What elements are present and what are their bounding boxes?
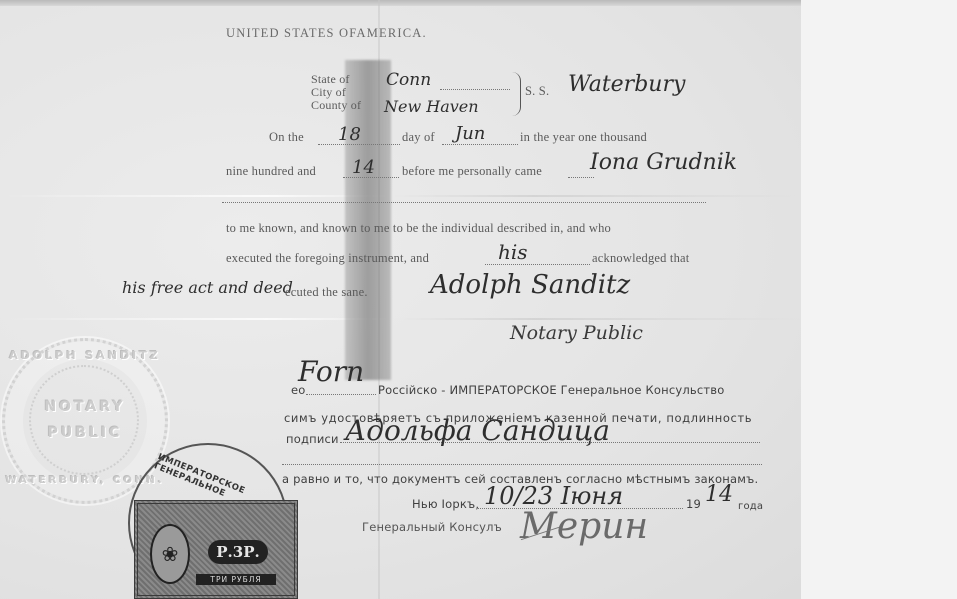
blank-dotted-line	[222, 202, 706, 203]
acknowledged-text: acknowledged that	[592, 251, 689, 266]
stamp-caption: ТРИ РУБЛЯ	[196, 574, 276, 585]
state-value: Conn	[386, 70, 431, 90]
year-value: 14	[352, 157, 375, 178]
paper-top-edge	[0, 0, 801, 6]
person-name: Iona Grudnik	[590, 150, 737, 175]
seal-top-text: ADOLPH SANDITZ	[5, 349, 165, 362]
city-label-ru: Нью Іоркъ,	[412, 497, 479, 511]
revenue-stamp: ❀ Р.3Р. ТРИ РУБЛЯ	[134, 500, 298, 599]
before-me-text: before me personally came	[402, 164, 542, 179]
known-line: to me known, and known to me to be the i…	[226, 221, 611, 236]
stamp-value: Р.3Р.	[208, 540, 268, 564]
blank-dotted-line	[282, 464, 762, 465]
ss-value: Waterbury	[568, 72, 685, 97]
on-the-label: On the	[269, 130, 304, 145]
dotted-leader	[568, 177, 594, 178]
county-label: County of	[311, 99, 361, 112]
year-prefix-ru: 19	[686, 497, 701, 511]
executed-prefix: executed the foregoing instrument, and	[226, 251, 429, 266]
consul-label: Генеральный Консулъ	[362, 520, 502, 534]
executed-the-same: ecuted the sane.	[285, 285, 368, 300]
free-act-handwritten: his free act and deed	[122, 278, 293, 297]
seal-center-line1: NOTARY	[5, 399, 165, 415]
seal-inner-ring	[29, 365, 139, 475]
month-value: Jun	[455, 123, 485, 144]
ss-label: S. S.	[525, 84, 549, 99]
fold-crease	[0, 195, 801, 197]
russian-line1: Россійско - ИМПЕРАТОРСКОЕ Генеральное Ко…	[378, 383, 725, 397]
year-handwritten-ru: 14	[705, 482, 733, 507]
russian-signature-label: подписи	[286, 432, 339, 446]
blank-margin	[801, 0, 957, 599]
fold-crease	[0, 318, 801, 320]
nine-hundred-label: nine hundred and	[226, 164, 316, 179]
year-text: in the year one thousand	[520, 130, 647, 145]
document-title: UNITED STATES OFAMERICA.	[226, 26, 427, 41]
notarized-document: UNITED STATES OFAMERICA. State of City o…	[0, 0, 801, 599]
dotted-leader	[485, 264, 590, 265]
venue-labels: State of City of County of	[311, 73, 361, 112]
russian-signature: Адольфа Сандица	[345, 414, 610, 447]
seal-center-line2: PUBLIC	[5, 425, 165, 441]
notary-title: Notary Public	[510, 322, 643, 344]
notary-signature: Adolph Sanditz	[430, 270, 630, 300]
consul-signature: Мерин	[520, 506, 648, 547]
day-of-label: day of	[402, 130, 435, 145]
pronoun-value: his	[498, 240, 528, 264]
dotted-leader	[306, 394, 376, 395]
eagle-emblem-icon: ❀	[150, 524, 190, 584]
dotted-leader	[442, 144, 518, 145]
brace	[512, 72, 521, 116]
year-suffix-ru: года	[738, 501, 763, 512]
county-value: New Haven	[384, 97, 479, 116]
dotted-leader	[440, 89, 510, 90]
day-value: 18	[338, 124, 361, 145]
russian-line1-lead: ео	[291, 383, 306, 397]
russian-handwritten-prefix: Forn	[298, 355, 364, 388]
